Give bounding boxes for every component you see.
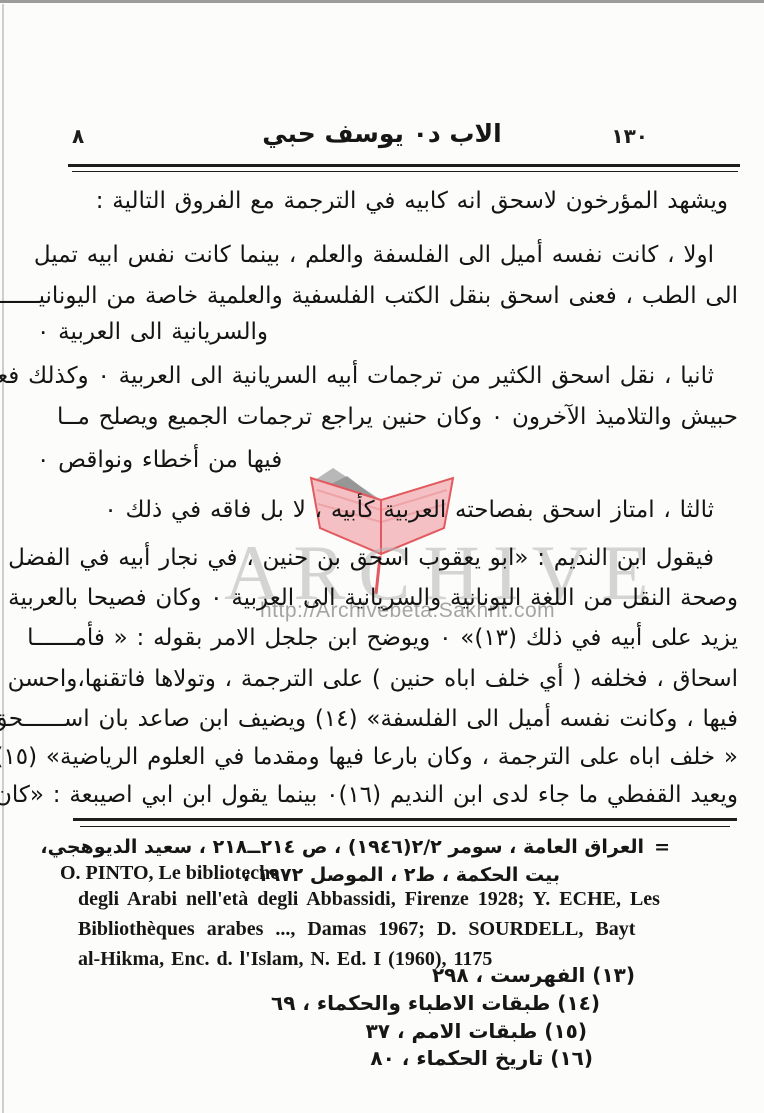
- body-line: فيقول ابن النديم : «ابو يعقوب اسحق بن حن…: [8, 545, 714, 571]
- body-line: « خلف اباه على الترجمة ، وكان بارعا فيها…: [0, 744, 738, 770]
- header-page-number-right: ١٣٠: [611, 124, 648, 148]
- body-line: والسريانية الى العربية ٠: [37, 319, 268, 345]
- header-rule-thick: [68, 164, 740, 167]
- footnote-continuation-line2: بيت الحكمة ، ط٢ ، الموصل ١٩٧٢ ،: [243, 864, 560, 886]
- header-rule-thin: [72, 171, 738, 172]
- body-line: اسحاق ، فخلفه ( أي خلف اباه حنين ) على ا…: [8, 666, 738, 692]
- footnote-latin-line3: Bibliothèques arabes ..., Damas 1967; D.…: [78, 918, 635, 941]
- scan-top-edge: [0, 0, 764, 3]
- scanned-book-page: ARCHIVE http://Archivebeta.Sakhrit.com ٨…: [0, 0, 764, 1113]
- footnote-latin-pinto: O. PINTO, Le biblioteche: [60, 862, 279, 885]
- body-line: ويعيد القفطي ما جاء لدى ابن النديم (١٦)٠…: [0, 782, 738, 808]
- scan-left-edge: [2, 4, 4, 1113]
- footnote-continuation-line1: =العراق العامة ، سومر ٢/٢(١٩٤٦) ، ص ٢١٤ـ…: [40, 836, 670, 858]
- body-line: فيها ، وكانت نفسه أميل الى الفلسفة» (١٤)…: [0, 706, 738, 732]
- footnote-rule-thick: [73, 818, 737, 821]
- footnote-rule-thin: [80, 826, 730, 827]
- footnote-latin-line2: degli Arabi nell'età degli Abbassidi, Fi…: [78, 888, 660, 911]
- body-line: ثانيا ، نقل اسحق الكثير من ترجمات أبيه ا…: [0, 363, 714, 389]
- footnote-item-14: (١٤) طبقات الاطباء والحكماء ، ٦٩: [271, 991, 600, 1015]
- body-line: ثالثا ، امتاز اسحق بفصاحته العربية كأبيه…: [104, 497, 714, 523]
- body-line: اولا ، كانت نفسه أميل الى الفلسفة والعلم…: [34, 242, 714, 268]
- body-line: الى الطب ، فعنى اسحق بنقل الكتب الفلسفية…: [0, 283, 738, 309]
- body-line: يزيد على أبيه في ذلك (١٣)» ٠ ويوضح ابن ج…: [27, 625, 738, 651]
- body-line: حبيش والتلاميذ الآخرون ٠ وكان حنين يراجع…: [57, 404, 738, 430]
- footnote-latin-line4: al-Hikma, Enc. d. l'Islam, N. Ed. I (196…: [78, 948, 492, 971]
- footnote-item-13: (١٣) الفهرست ، ٢٩٨: [432, 963, 635, 987]
- footnote-item-16: (١٦) تاريخ الحكماء ، ٨٠: [370, 1046, 593, 1070]
- header-title: الاب د٠ يوسف حبي: [0, 119, 764, 148]
- body-line: وصحة النقل من اللغة اليونانية والسريانية…: [0, 585, 738, 611]
- footnote-item-15: (١٥) طبقات الامم ، ٣٧: [366, 1019, 587, 1043]
- body-line: ويشهد المؤرخون لاسحق انه كابيه في الترجم…: [96, 188, 728, 214]
- body-line: فيها من أخطاء ونواقص ٠: [37, 447, 282, 473]
- footnote-continuation-marker: =: [654, 836, 670, 858]
- footnote-continuation-text: العراق العامة ، سومر ٢/٢(١٩٤٦) ، ص ٢١٤ــ…: [40, 836, 644, 858]
